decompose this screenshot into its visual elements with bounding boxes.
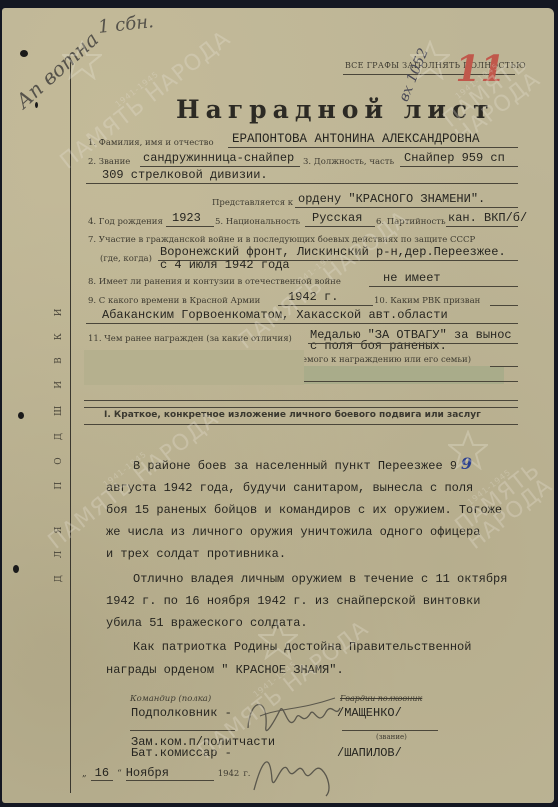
field-11-value-cont: с поля боя раненых. xyxy=(310,339,447,353)
field-10-label: 10. Каким РВК призван xyxy=(374,296,480,306)
field-8-value-wounds: не имеет xyxy=(383,271,441,285)
paragraph-line: В районе боев за населенный пункт Переез… xyxy=(133,459,457,473)
punch-hole xyxy=(20,50,28,57)
presented-for-label: Представляется к xyxy=(212,198,293,208)
redacted-area xyxy=(84,350,304,385)
field-11-underline xyxy=(308,343,518,344)
watermark-star-icon xyxy=(62,40,102,80)
field-10-underline xyxy=(490,305,518,306)
field-5-value-nationality: Русская xyxy=(312,211,362,225)
field-9-label: 9. С какого времени в Красной Армии xyxy=(88,296,260,306)
field-12-underline-2 xyxy=(304,381,518,382)
field-3-label: 3. Должность, часть xyxy=(303,157,394,167)
field-3-underline-2 xyxy=(86,183,518,184)
field-12-underline-3 xyxy=(84,400,518,401)
field-5-label: 5. Национальность xyxy=(215,217,300,227)
punch-hole xyxy=(13,565,19,573)
field-12-label-tail: емого к награждению или его семьи) xyxy=(302,355,471,365)
section-heading-underline xyxy=(84,424,518,425)
field-2-value-rank: сандружинница-снайпер xyxy=(143,151,294,165)
punch-hole xyxy=(18,412,24,419)
rank-caption: (звание) xyxy=(376,733,407,741)
date-year: 1942 xyxy=(218,769,240,779)
field-3-underline xyxy=(400,166,518,167)
deputy-name: /ШАПИЛОВ/ xyxy=(337,746,402,760)
watermark-star-icon xyxy=(410,40,450,80)
field-1-underline xyxy=(228,147,518,148)
field-2-label: 2. Звание xyxy=(88,157,130,167)
field-3-value-division: 309 стрелковой дивизии. xyxy=(102,168,268,182)
signature-date: „ 16 “ Ноября 1942 г. xyxy=(82,763,250,781)
field-7-label: 7. Участие в гражданской войне и в после… xyxy=(88,235,475,245)
presented-underline xyxy=(295,207,518,208)
field-7-label-where-when: (где, когда) xyxy=(100,254,152,264)
commander-struck-title: Гвардии полковник xyxy=(340,694,422,703)
field-6-value-party: кан. ВКП/б/ xyxy=(448,211,527,225)
paragraph-line: 1942 г. по 16 ноября 1942 г. из снайперс… xyxy=(106,594,480,608)
paragraph-line: и трех солдат противника. xyxy=(106,547,286,561)
field-4-label: 4. Год рождения xyxy=(88,217,163,227)
field-8-underline xyxy=(369,286,518,287)
date-day: 16 xyxy=(91,766,113,781)
field-4-value-birth-year: 1923 xyxy=(172,211,201,225)
paragraph-line: боя 15 раненых бойцов и командиров с их … xyxy=(106,503,502,517)
commander-name-underline xyxy=(342,730,438,731)
deputy-signature xyxy=(248,740,338,800)
paragraph-line: августа 1942 года, будучи санитаром, вын… xyxy=(106,481,473,495)
field-12-underline xyxy=(490,366,518,367)
section-heading: I. Краткое, конкретное изложение личного… xyxy=(104,410,481,420)
commander-label: Командир (полка) xyxy=(130,694,211,704)
field-10-underline-2 xyxy=(86,323,518,324)
field-6-underline xyxy=(446,226,518,227)
date-month: Ноября xyxy=(126,766,214,781)
field-4-underline xyxy=(166,226,214,227)
paragraph-line: же числа из личного оружия уничтожила од… xyxy=(106,525,480,539)
watermark-star-icon xyxy=(258,620,298,660)
sidebar-vertical-text: ДЛЯ ПОДШИВКИ xyxy=(52,260,66,620)
field-2-underline xyxy=(140,166,300,167)
paragraph-line: Отлично владея личным оружием в течение … xyxy=(133,572,507,586)
field-7-value-date: с 4 июля 1942 года xyxy=(160,258,290,272)
watermark-star-icon xyxy=(448,430,488,470)
section-divider xyxy=(84,407,518,408)
